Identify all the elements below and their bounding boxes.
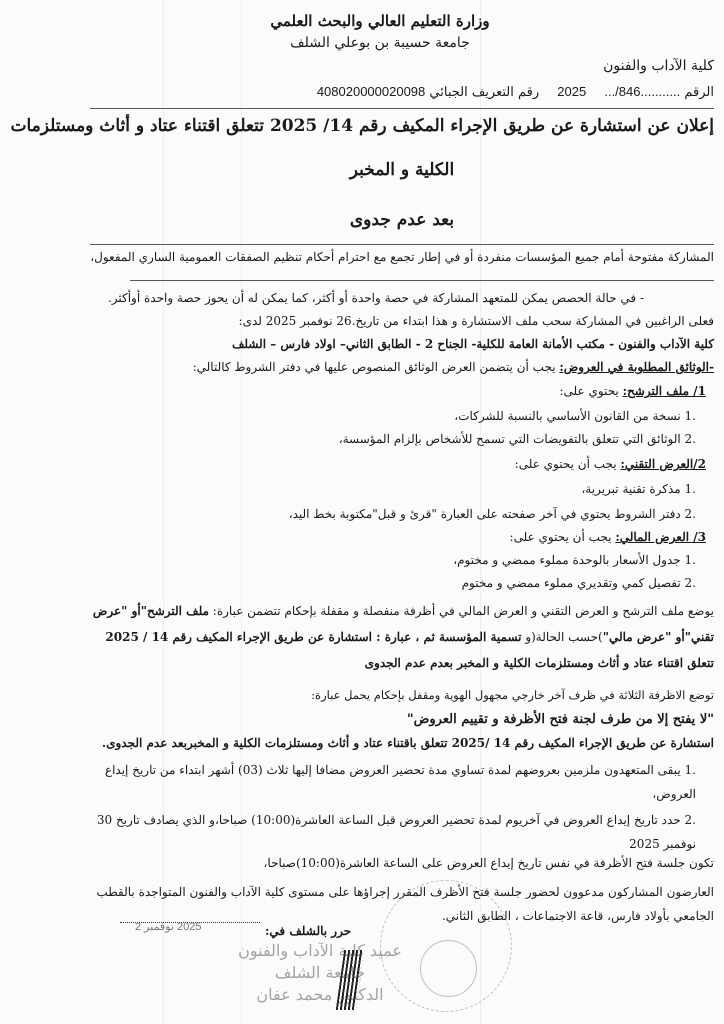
announcement-title-2: الكلية و المخبر [90,160,714,180]
section-technical: 2/العرض التقني: يجب أن يحتوي على: [90,457,706,471]
required-docs-heading: -الوثائق المطلوبة في العروض: [559,360,714,374]
ref-year: 2025 [557,84,586,99]
ref-number: ...........846/... [604,84,680,99]
dean-stamp [420,940,477,997]
document-page: وزارة التعليم العالي والبحث العلمي جامعة… [0,0,724,1024]
section-1-text: يحتوي على: [559,384,618,398]
required-docs-text: يجب أن يتضمن العرض الوثائق المنصوص عليها… [193,360,556,374]
outer-envelope-note: توضع الاظرفة الثلاثة في ظرف آخر خارجي مج… [90,688,714,702]
list-item: .1 نسخة من القانون الأساسي بالنسبة للشرك… [90,409,696,423]
signature-line-2: جامعة الشلف [230,962,410,984]
signature-line-1: عميد كلية الآداب والفنون [230,940,410,962]
list-item: .2 حدد تاريخ إيداع العروض في آخريوم لمدة… [90,808,696,856]
envelope-quote: "لا يفتح إلا من طرف لجنة فتح الأظرفة و ت… [90,712,714,727]
list-item: .1 يبقى المتعهدون ملزمين بعروضهم لمدة تس… [90,758,696,806]
section-2-heading: 2/العرض التقني: [620,457,706,471]
section-2-text: يجب أن يحتوي على: [515,457,617,471]
signature-block: عميد كلية الآداب والفنون جامعة الشلف الد… [230,940,410,1006]
list-item: .2 الوثائق التي تتعلق بالتفويضات التي تس… [90,432,696,446]
ministry-name: وزارة التعليم العالي والبحث العلمي [180,12,580,30]
withdraw-note: فعلى الراغبين في المشاركة سحب ملف الاستش… [90,314,714,328]
faculty-name: كلية الآداب والفنون [603,58,714,74]
list-item: .1 مذكرة تقنية تبريرية، [90,482,696,496]
signature-line-3: الدكتور محمد عفان [230,984,410,1006]
intro-divider [130,280,714,281]
section-financial: 3/ العرض المالي: يجب أن يحتوي على: [90,530,706,544]
withdraw-address: كلية الآداب والفنون - مكتب الأمانة العام… [90,337,714,351]
university-name: جامعة حسيبة بن بوعلي الشلف [180,35,580,51]
header-divider [90,108,714,109]
list-item: .2 دفتر الشروط يحتوي في آخر صفحته على ال… [90,507,696,521]
section-1-heading: 1/ ملف الترشح: [623,384,706,398]
required-docs: -الوثائق المطلوبة في العروض: يجب أن يتضم… [90,360,714,374]
section-3-text: يجب أن يحتوي على: [510,530,612,544]
lots-note: - في حالة الحصص يمكن للمتعهد المشاركة في… [90,291,644,305]
list-item: .2 تفصيل كمي وتقديري مملوء ممضي و مختوم [90,576,696,590]
ref-label: الرقم [684,85,714,100]
title-divider [90,244,714,245]
tax-id: 408020000020098 [317,84,425,99]
tax-id-label: رقم التعريف الجبائي [429,85,539,100]
section-3-heading: 3/ العرض المالي: [615,530,706,544]
participation-intro: المشاركة مفتوحة أمام جميع المؤسسات منفرد… [90,250,714,264]
announcement-title: إعلان عن استشارة عن طريق الإجراء المكيف … [90,116,714,136]
reference-line: الرقم ...........846/... 2025 رقم التعري… [317,84,714,100]
date-stamp: 2025 نوفمبر 2 [135,920,201,933]
envelopes-instructions: يوضع ملف الترشح و العرض التقني و العرض ا… [90,598,714,676]
consultation-line: استشارة عن طريق الإجراء المكيف رقم 14 /2… [90,736,714,750]
issued-at-label: حرر بالشلف في: [265,924,351,938]
section-candidature: 1/ ملف الترشح: يحتوي على: [90,384,706,398]
opening-session: تكون جلسة فتح الأظرفة في نفس تاريخ إيداع… [90,856,714,870]
announcement-subtitle: بعد عدم جدوى [90,210,714,230]
list-item: .1 جدول الأسعار بالوحدة مملوء ممضي و مخت… [90,553,696,567]
